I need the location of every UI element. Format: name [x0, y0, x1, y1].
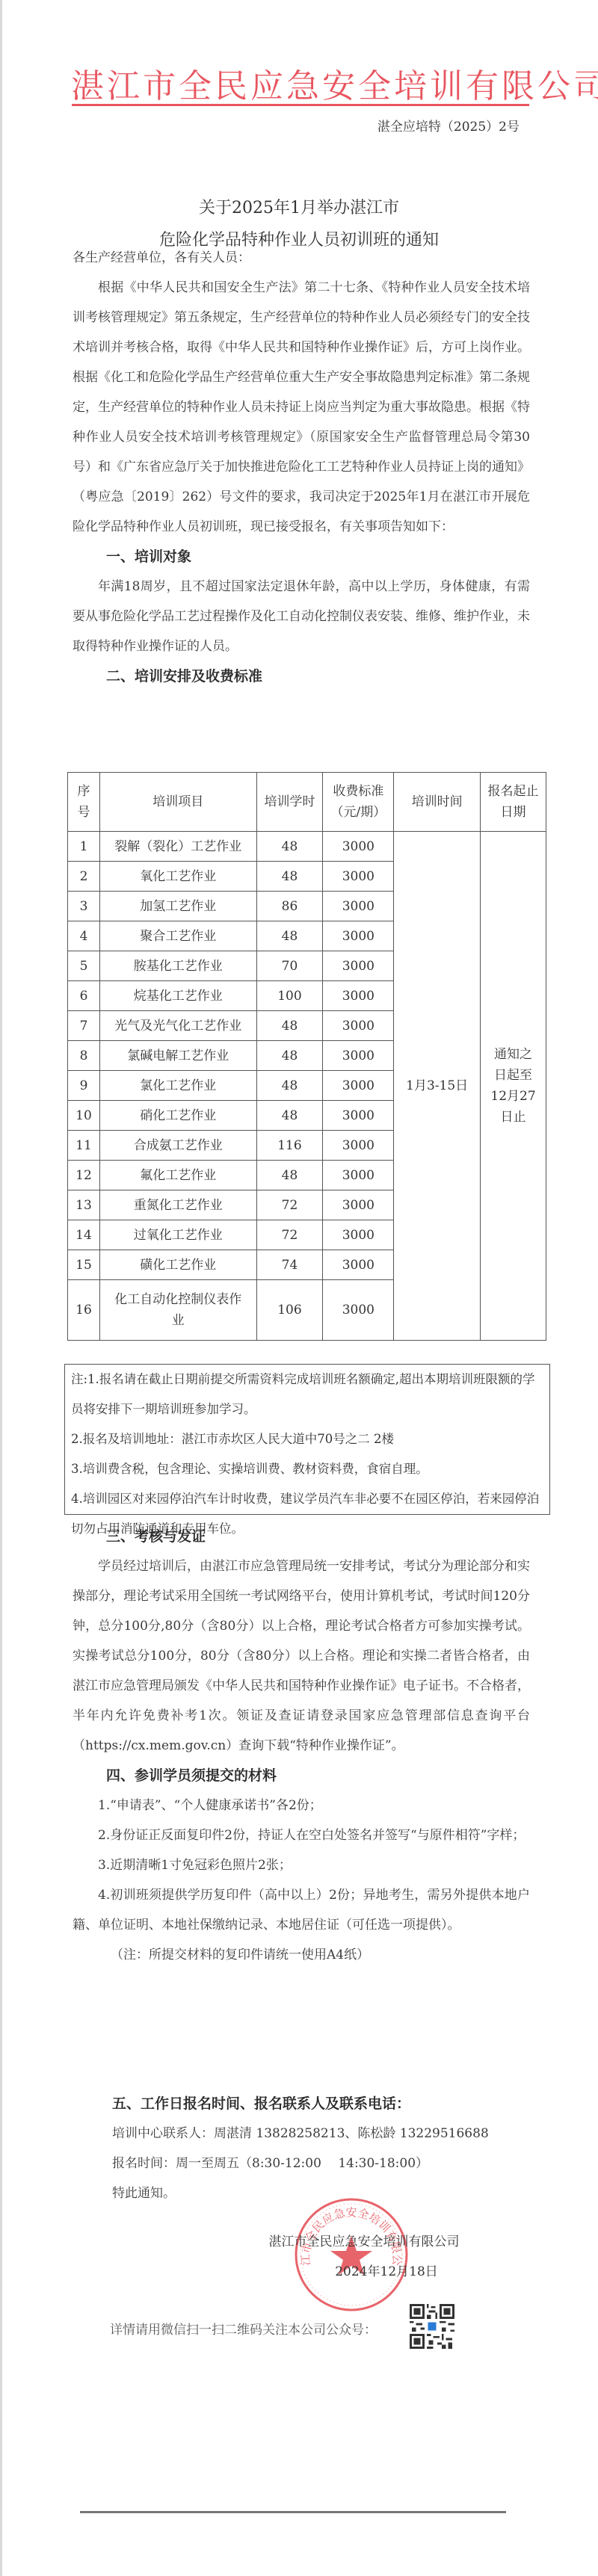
cell-item: 光气及光气化工艺作业	[99, 1011, 256, 1041]
cell-fee: 3000	[323, 1190, 394, 1220]
cell-seq: 11	[68, 1131, 100, 1161]
cell-fee: 3000	[323, 832, 394, 862]
cell-seq: 9	[68, 1071, 100, 1101]
section-heading-4: 四、参训学员须提交的材料	[73, 1761, 530, 1791]
cell-hours: 48	[256, 1041, 323, 1071]
salutation: 各生产经营单位，各有关人员：	[73, 243, 530, 273]
cell-seq: 8	[68, 1041, 100, 1071]
material-item-4: 4.初训班须提供学历复印件（高中以上）2份；异地考生，需另外提供本地户籍、单位证…	[73, 1880, 530, 1940]
cell-item: 硝化工艺作业	[99, 1101, 256, 1131]
cell-fee: 3000	[323, 1101, 394, 1131]
qr-code-icon[interactable]	[410, 2304, 454, 2349]
signature-date: 2024年12月18日	[252, 2257, 476, 2287]
cell-seq: 15	[68, 1250, 100, 1280]
material-item-1: 1.“申请表”、“个人健康承诺书”各2份；	[73, 1791, 530, 1820]
page-edge	[0, 0, 2, 2576]
letterhead-company: 湛江市全民应急安全培训有限公司	[71, 69, 528, 105]
cell-item: 氯碱电解工艺作业	[99, 1041, 256, 1071]
cell-item: 胺基化工艺作业	[99, 951, 256, 981]
cell-seq: 7	[68, 1011, 100, 1041]
cell-fee: 3000	[323, 921, 394, 951]
cell-item: 过氧化工艺作业	[99, 1220, 256, 1250]
cell-item: 重氮化工艺作业	[99, 1190, 256, 1220]
cell-item: 氯化工艺作业	[99, 1071, 256, 1101]
document-number: 湛全应培特（2025）2号	[366, 116, 520, 135]
schedule-table: 序号 培训项目 培训学时 收费标准（元/期） 培训时间 报名起止日期 1 裂解（…	[67, 772, 546, 1341]
section-heading-1: 一、培训对象	[73, 542, 530, 572]
header-hours: 培训学时	[256, 773, 323, 832]
cell-fee: 3000	[323, 1220, 394, 1250]
materials-note: （注：所提交材料的复印件请统一使用A4纸）	[73, 1940, 530, 1970]
header-time: 培训时间	[394, 773, 481, 832]
material-item-3: 3.近期清晰1寸免冠彩色照片2张；	[73, 1850, 530, 1880]
cell-hours: 48	[256, 1101, 323, 1131]
cell-seq: 16	[68, 1280, 100, 1341]
cell-seq: 13	[68, 1190, 100, 1220]
cell-item: 合成氨工艺作业	[99, 1131, 256, 1161]
cell-hours: 48	[256, 1011, 323, 1041]
cell-seq: 5	[68, 951, 100, 981]
cell-fee: 3000	[323, 1131, 394, 1161]
cell-fee: 3000	[323, 1280, 394, 1341]
cell-training-time: 1月3-15日	[394, 832, 481, 1341]
note-1: 注:1.报名请在截止日期前提交所需资料完成培训班名额确定,超出本期培训班限额的学…	[71, 1365, 543, 1424]
table-notes: 注:1.报名请在截止日期前提交所需资料完成培训班名额确定,超出本期培训班限额的学…	[64, 1364, 550, 1515]
cell-seq: 14	[68, 1220, 100, 1250]
cell-fee: 3000	[323, 1250, 394, 1280]
cell-item: 氧化工艺作业	[99, 862, 256, 892]
cell-item: 聚合工艺作业	[99, 921, 256, 951]
body-intro: 各生产经营单位，各有关人员： 根据《中华人民共和国安全生产法》第二十七条、《特种…	[73, 243, 530, 691]
cell-fee: 3000	[323, 951, 394, 981]
cell-seq: 2	[68, 862, 100, 892]
material-item-2: 2.身份证正反面复印件2份，持证人在空白处签名并签写“与原件相符”字样；	[73, 1820, 530, 1850]
cell-fee: 3000	[323, 1071, 394, 1101]
bottom-rule	[80, 2511, 506, 2513]
cell-item: 化工自动化控制仪表作业	[99, 1280, 256, 1341]
note-3: 3.培训费含税，包含理论、实操培训费、教材资料费，食宿自理。	[71, 1454, 543, 1484]
cell-item: 裂解（裂化）工艺作业	[99, 832, 256, 862]
letterhead-rule	[72, 104, 529, 106]
cell-hours: 106	[256, 1280, 323, 1341]
title-line-1: 关于2025年1月举办湛江市	[0, 197, 598, 220]
section-heading-2: 二、培训安排及收费标准	[73, 661, 530, 691]
cell-hours: 86	[256, 892, 323, 921]
section-heading-5: 五、工作日报名时间、报名联系人及联系电话：	[112, 2089, 561, 2119]
table-header-row: 序号 培训项目 培训学时 收费标准（元/期） 培训时间 报名起止日期	[68, 773, 546, 832]
cell-hours: 72	[256, 1190, 323, 1220]
cell-fee: 3000	[323, 892, 394, 921]
header-deadline: 报名起止日期	[481, 773, 546, 832]
cell-hours: 48	[256, 921, 323, 951]
cell-hours: 70	[256, 951, 323, 981]
cell-item: 氟化工艺作业	[99, 1161, 256, 1190]
cell-hours: 116	[256, 1131, 323, 1161]
note-2: 2.报名及培训地址：湛江市赤坎区人民大道中70号之二 2楼	[71, 1424, 543, 1454]
cell-fee: 3000	[323, 1161, 394, 1190]
cell-fee: 3000	[323, 862, 394, 892]
header-item: 培训项目	[99, 773, 256, 832]
section-heading-3: 三、考核与发证	[73, 1522, 530, 1551]
cell-hours: 48	[256, 1161, 323, 1190]
intro-paragraph: 根据《中华人民共和国安全生产法》第二十七条、《特种作业人员安全技术培训考核管理规…	[73, 273, 530, 542]
header-fee: 收费标准（元/期）	[323, 773, 394, 832]
cell-seq: 10	[68, 1101, 100, 1131]
signature-block: 湛江市全民应急安全培训有限公司 2024年12月18日	[252, 2227, 476, 2287]
cell-hours: 72	[256, 1220, 323, 1250]
cell-hours: 48	[256, 862, 323, 892]
section-1-body: 年满18周岁，且不超过国家法定退休年龄，高中以上学历，身体健康，有需要从事危险化…	[73, 572, 530, 661]
cell-hours: 48	[256, 832, 323, 862]
cell-seq: 4	[68, 921, 100, 951]
cell-item: 加氢工艺作业	[99, 892, 256, 921]
signature-company: 湛江市全民应急安全培训有限公司	[252, 2227, 476, 2257]
wechat-prompt: 详情请用微信扫一扫二维码关注本公司公众号：	[110, 2319, 377, 2338]
contact-persons: 培训中心联系人：周湛清 13828258213、陈松龄 13229516688	[112, 2119, 561, 2149]
cell-hours: 48	[256, 1071, 323, 1101]
registration-hours: 报名时间：周一至周五（8:30-12:00 14:30-18:00）	[112, 2149, 561, 2178]
table-row: 1 裂解（裂化）工艺作业 48 3000 1月3-15日 通知之日起至12月27…	[68, 832, 546, 862]
cell-fee: 3000	[323, 1041, 394, 1071]
cell-hours: 100	[256, 981, 323, 1011]
cell-seq: 6	[68, 981, 100, 1011]
cell-fee: 3000	[323, 1011, 394, 1041]
cell-item: 烷基化工艺作业	[99, 981, 256, 1011]
cell-fee: 3000	[323, 981, 394, 1011]
cell-hours: 74	[256, 1250, 323, 1280]
header-seq: 序号	[68, 773, 100, 832]
section-5: 五、工作日报名时间、报名联系人及联系电话： 培训中心联系人：周湛清 138282…	[112, 2089, 561, 2208]
cell-item: 磺化工艺作业	[99, 1250, 256, 1280]
cell-seq: 3	[68, 892, 100, 921]
cell-seq: 1	[68, 832, 100, 862]
section-3-body: 学员经过培训后，由湛江市应急管理局统一安排考试，考试分为理论部分和实操部分，理论…	[73, 1551, 530, 1761]
cell-deadline: 通知之日起至12月27日止	[481, 832, 546, 1341]
document-page: 湛江市全民应急安全培训有限公司 湛全应培特（2025）2号 关于2025年1月举…	[0, 0, 598, 2576]
cell-seq: 12	[68, 1161, 100, 1190]
body-sections: 三、考核与发证 学员经过培训后，由湛江市应急管理局统一安排考试，考试分为理论部分…	[73, 1522, 530, 1970]
